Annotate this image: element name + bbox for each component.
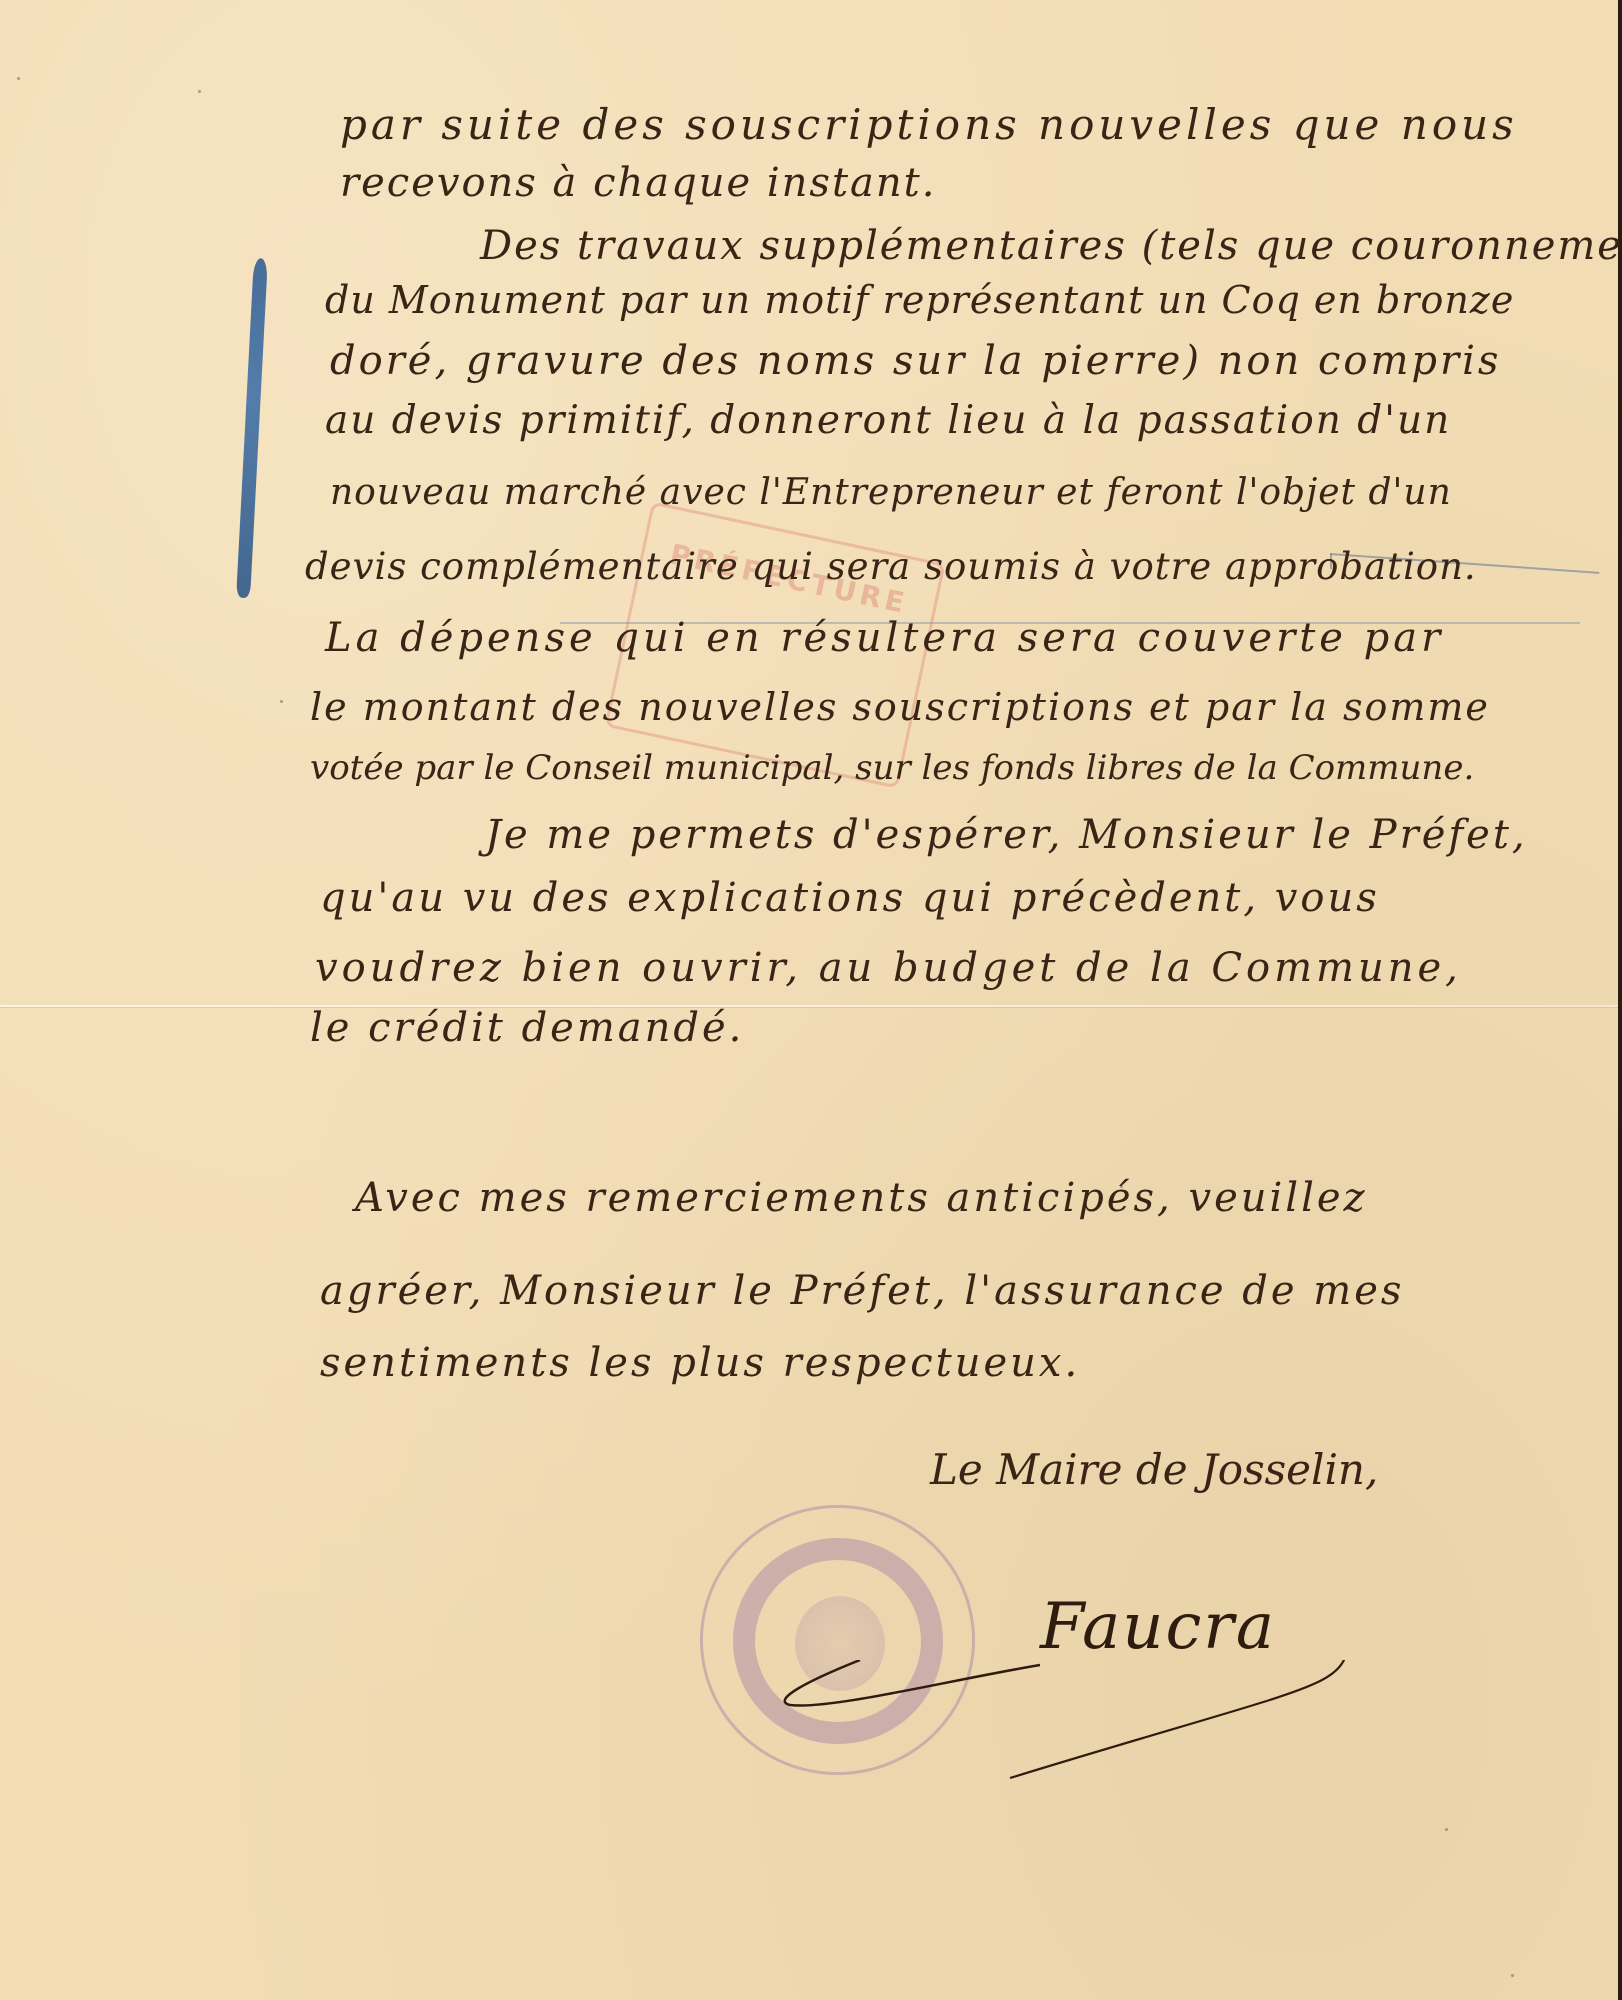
paper-speck — [17, 77, 20, 80]
letter-line: agréer, Monsieur le Préfet, l'assurance … — [320, 1268, 1404, 1314]
letter-page: PRÉFECTURE par suite des souscriptions n… — [0, 0, 1622, 2000]
letter-line: Des travaux supplémentaires (tels que co… — [480, 223, 1622, 269]
letter-line: par suite des souscriptions nouvelles qu… — [340, 100, 1518, 149]
paper-fold-line — [0, 1005, 1618, 1007]
letter-line: recevons à chaque instant. — [340, 160, 936, 206]
letter-line: La dépense qui en résultera sera couvert… — [325, 615, 1444, 661]
letter-line: au devis primitif, donneront lieu à la p… — [325, 398, 1451, 443]
signature-flourish — [770, 1660, 1380, 1780]
mayor-signature: Faucra — [1040, 1590, 1276, 1664]
page-edge-shadow — [1618, 0, 1622, 2000]
letter-line: votée par le Conseil municipal, sur les … — [310, 748, 1474, 788]
paper-speck — [1511, 1974, 1514, 1977]
paper-speck — [1445, 1828, 1448, 1831]
letter-line: doré, gravure des noms sur la pierre) no… — [330, 338, 1501, 384]
letter-line: qu'au vu des explications qui précèdent,… — [320, 875, 1380, 921]
paper-speck — [198, 90, 201, 93]
letter-line: le crédit demandé. — [310, 1005, 744, 1051]
letter-line: sentiments les plus respectueux. — [320, 1340, 1080, 1386]
letter-line: nouveau marché avec l'Entrepreneur et fe… — [330, 472, 1452, 513]
letter-line: Avec mes remerciements anticipés, veuill… — [355, 1175, 1368, 1221]
letter-line: du Monument par un motif représentant un… — [325, 278, 1514, 322]
letter-line: voudrez bien ouvrir, au budget de la Com… — [315, 945, 1462, 991]
letter-line: devis complémentaire qui sera soumis à v… — [305, 545, 1477, 588]
blue-pencil-margin-mark — [236, 258, 268, 598]
letter-line: le montant des nouvelles souscriptions e… — [310, 685, 1490, 729]
letter-line: Je me permets d'espérer, Monsieur le Pré… — [485, 812, 1528, 858]
paper-speck — [280, 700, 283, 703]
closing-title: Le Maire de Josselin, — [930, 1445, 1378, 1494]
